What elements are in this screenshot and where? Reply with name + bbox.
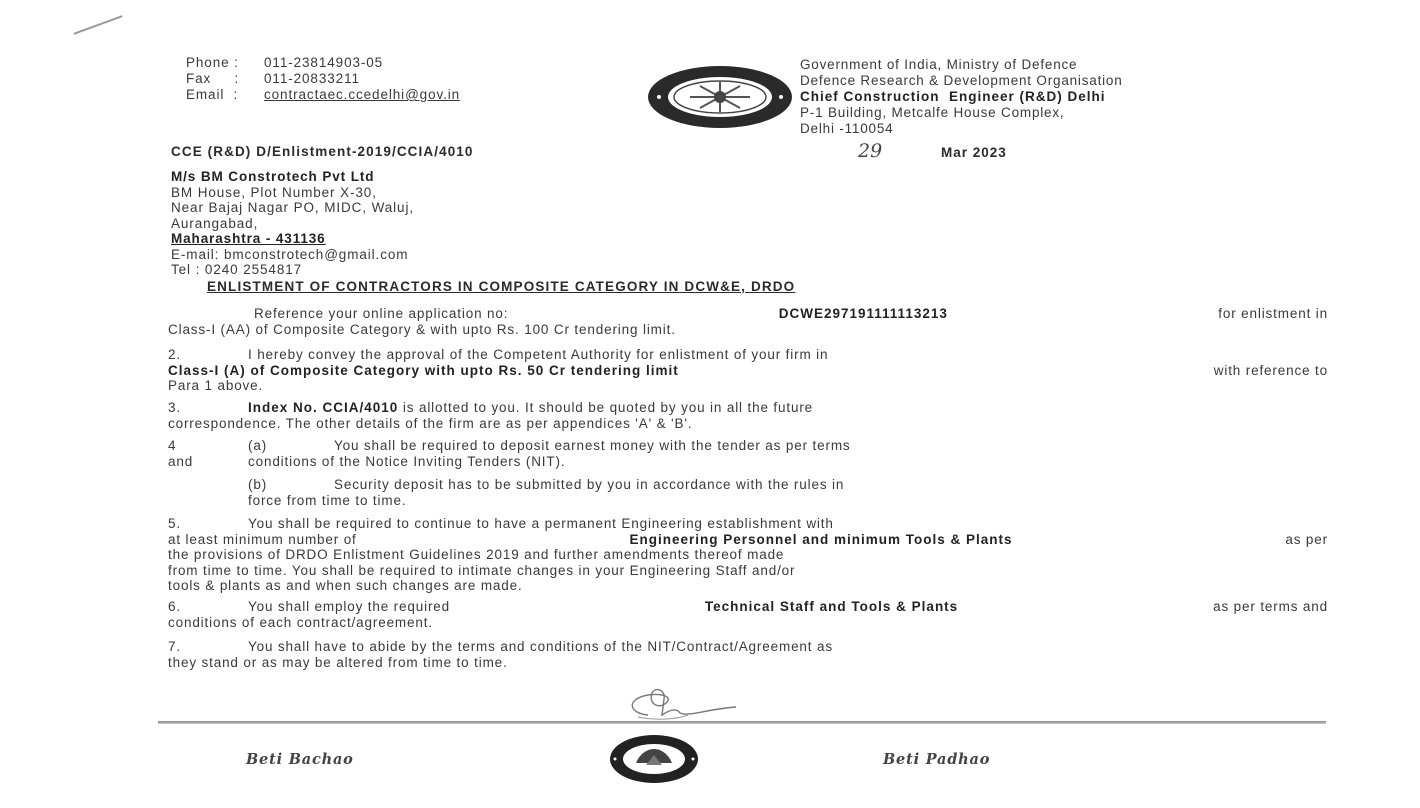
p7-text: they stand or as may be altered from tim… xyxy=(168,655,508,671)
organisation-block: Government of India, Ministry of Defence… xyxy=(800,57,1123,137)
p2-text: Para 1 above. xyxy=(168,378,263,394)
p1-text: Reference your online application no: xyxy=(254,306,508,322)
p2-text: I hereby convey the approval of the Comp… xyxy=(248,347,828,362)
addressee-line: BM House, Plot Number X-30, xyxy=(171,185,414,201)
p6-text: conditions of each contract/agreement. xyxy=(168,615,433,631)
sub-para-label: (b) xyxy=(248,477,334,493)
p7-text: You shall have to abide by the terms and… xyxy=(248,639,833,654)
application-number: DCWE297191111113213 xyxy=(779,306,948,322)
paragraph-5: 5.You shall be required to continue to h… xyxy=(168,516,1328,594)
para-number: 5. xyxy=(168,516,248,532)
p1-text: for enlistment in xyxy=(1218,306,1328,322)
p5-text: as per xyxy=(1285,532,1328,548)
p4b-text: force from time to time. xyxy=(248,493,406,509)
letter-date: Mar 2023 xyxy=(941,145,1007,160)
drdo-emblem-icon xyxy=(608,733,700,790)
p4a-text: conditions of the Notice Inviting Tender… xyxy=(248,454,565,470)
motto-right: Beti Padhao xyxy=(883,751,990,768)
p6-text: You shall employ the required xyxy=(248,599,450,614)
paragraph-7: 7.You shall have to abide by the terms a… xyxy=(168,639,1328,670)
p5-text: the provisions of DRDO Enlistment Guidel… xyxy=(168,547,784,563)
para-number: 2. xyxy=(168,347,248,363)
p5-text: tools & plants as and when such changes … xyxy=(168,578,523,594)
paragraph-2: 2.I hereby convey the approval of the Co… xyxy=(168,347,1328,394)
p3-text: is allotted to you. It should be quoted … xyxy=(403,400,813,415)
sub-para-label: (a) xyxy=(248,438,334,454)
org-line-building: P-1 Building, Metcalfe House Complex, xyxy=(800,105,1123,121)
addressee-line: Aurangabad, xyxy=(171,216,414,232)
p3-text: correspondence. The other details of the… xyxy=(168,416,692,432)
para-number: 3. xyxy=(168,400,248,416)
p2-text: with reference to xyxy=(1214,363,1328,379)
subject-line: ENLISTMENT OF CONTRACTORS IN COMPOSITE C… xyxy=(207,279,795,294)
email-label: Email : xyxy=(186,87,264,103)
p4a-text: You shall be required to deposit earnest… xyxy=(334,438,851,453)
p5-text: from time to time. You shall be required… xyxy=(168,563,795,579)
index-number: Index No. CCIA/4010 xyxy=(248,400,398,415)
paragraph-3: 3.Index No. CCIA/4010 is allotted to you… xyxy=(168,400,1328,431)
fax-number: 011-20833211 xyxy=(264,71,360,86)
phone-number: 011-23814903-05 xyxy=(264,55,383,70)
email-link[interactable]: contractaec.ccedelhi@gov.in xyxy=(264,87,460,102)
paragraph-4: 4(a)You shall be required to deposit ear… xyxy=(168,438,1328,508)
addressee-email: E-mail: bmconstrotech@gmail.com xyxy=(171,247,414,263)
drdo-emblem-icon xyxy=(645,64,795,135)
reference-number: CCE (R&D) D/Enlistment-2019/CCIA/4010 xyxy=(171,144,474,159)
para-number: 6. xyxy=(168,599,248,615)
addressee-state: Maharashtra - 431136 xyxy=(171,231,414,247)
p5-text: You shall be required to continue to hav… xyxy=(248,516,834,531)
phone-label: Phone : xyxy=(186,55,264,71)
addressee-name: M/s BM Constrotech Pvt Ltd xyxy=(171,169,414,185)
org-line-city: Delhi -110054 xyxy=(800,121,1123,137)
fax-label: Fax : xyxy=(186,71,264,87)
p6-text: as per terms and xyxy=(1213,599,1328,615)
p6-emphasis: Technical Staff and Tools & Plants xyxy=(705,599,958,615)
org-line-drdo: Defence Research & Development Organisat… xyxy=(800,73,1123,89)
motto-left: Beti Bachao xyxy=(246,751,354,768)
para-number: 4 xyxy=(168,438,248,454)
p1-text: Class-I (AA) of Composite Category & wit… xyxy=(168,322,676,338)
p5-emphasis: Engineering Personnel and minimum Tools … xyxy=(629,532,1012,548)
p5-text: at least minimum number of xyxy=(168,532,357,548)
approved-category: Class-I (A) of Composite Category with u… xyxy=(168,363,679,379)
addressee-tel: Tel : 0240 2554817 xyxy=(171,262,414,278)
para-number: and xyxy=(168,454,248,470)
p4b-text: Security deposit has to be submitted by … xyxy=(334,477,844,492)
addressee-line: Near Bajaj Nagar PO, MIDC, Waluj, xyxy=(171,200,414,216)
footer-divider xyxy=(158,721,1326,724)
stray-pen-mark xyxy=(73,15,123,35)
paragraph-1: Reference your online application no: DC… xyxy=(168,306,1328,337)
contact-block: Phone :011-23814903-05 Fax :011-20833211… xyxy=(186,55,460,103)
date-handwritten: 29 xyxy=(858,140,882,162)
paragraph-6: 6.You shall employ the required Technica… xyxy=(168,599,1328,630)
org-line-cce: Chief Construction Engineer (R&D) Delhi xyxy=(800,89,1123,105)
org-line-government: Government of India, Ministry of Defence xyxy=(800,57,1123,73)
addressee-block: M/s BM Constrotech Pvt Ltd BM House, Plo… xyxy=(171,169,414,278)
para-number: 7. xyxy=(168,639,248,655)
